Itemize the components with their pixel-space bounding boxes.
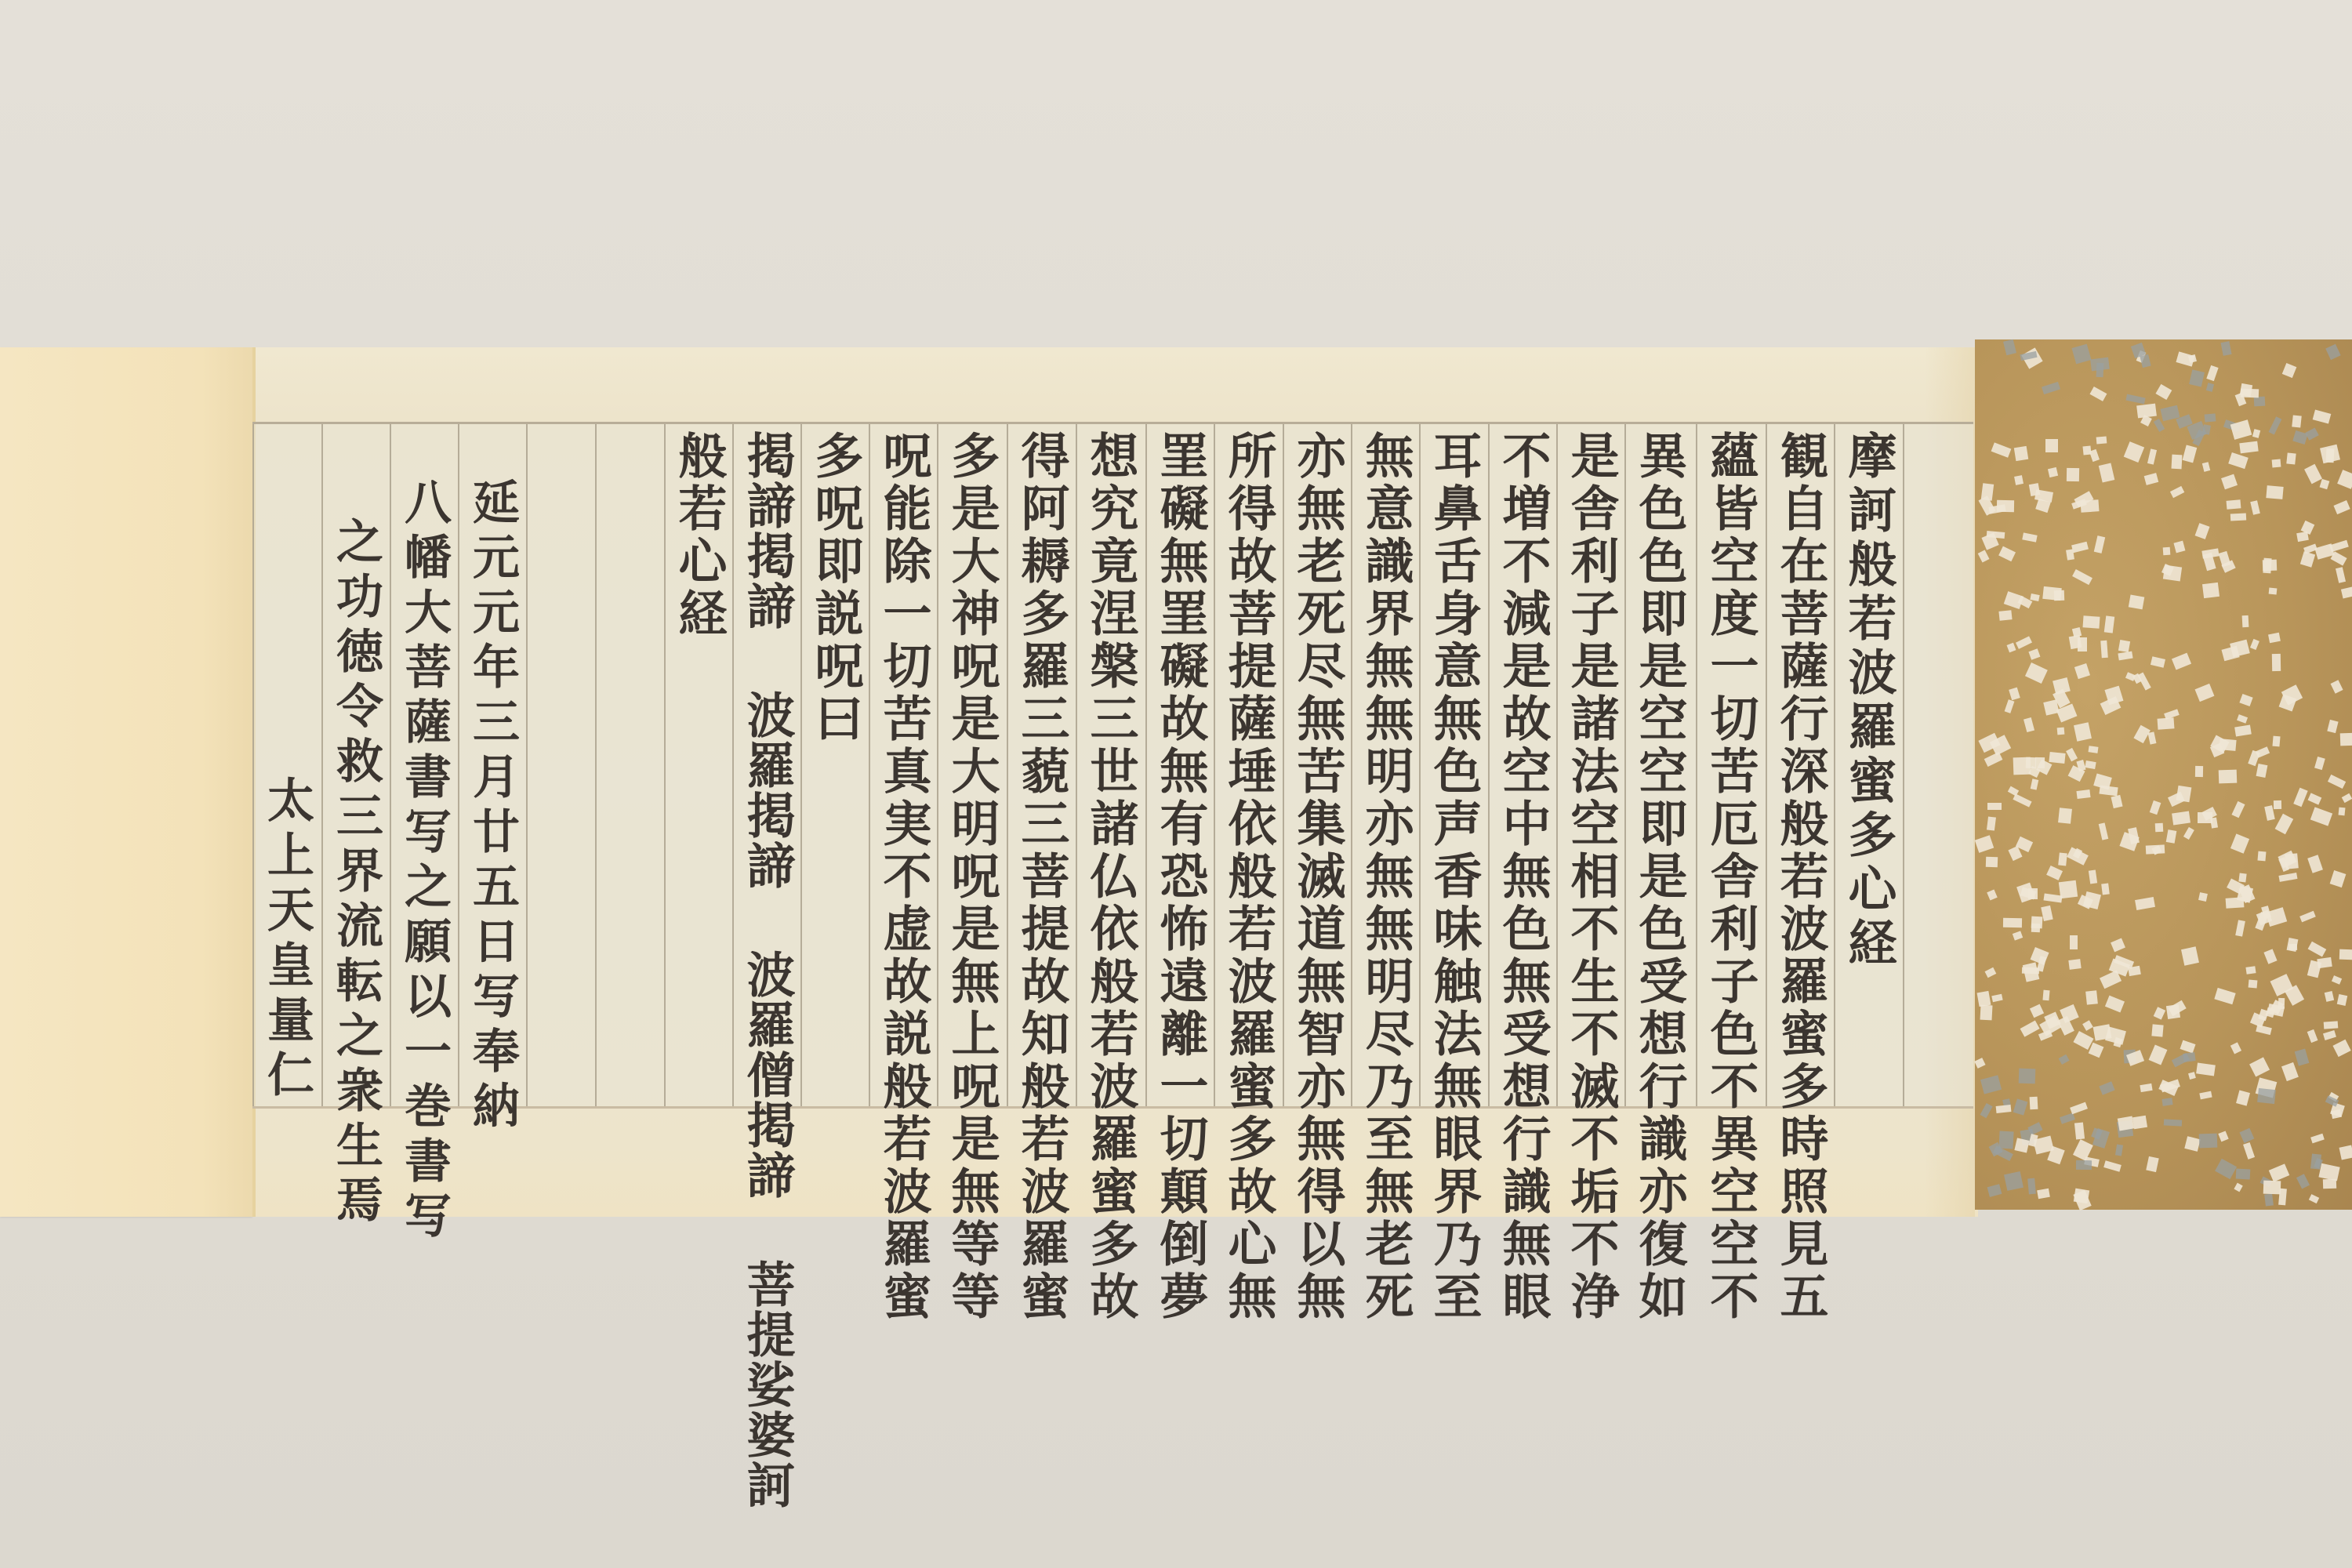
leaf-fleck [2071,542,2089,553]
leaf-fleck [2140,354,2151,368]
leaf-fleck [2028,1178,2037,1193]
colophon-text: 之功徳令救三界流転之衆生焉 [321,517,390,1105]
leaf-fleck [2245,966,2256,975]
leaf-fleck [2227,500,2241,510]
leaf-fleck [2022,532,2037,542]
leaf-fleck [2286,452,2296,464]
leaf-fleck [2240,388,2259,397]
leaf-fleck [2342,793,2352,803]
leaf-fleck [1999,610,2013,621]
leaf-fleck [2060,1113,2075,1125]
leaf-fleck [2274,800,2281,809]
leaf-fleck [2030,1004,2044,1018]
leaf-fleck [2257,851,2266,860]
leaf-fleck [2150,800,2161,815]
leaf-fleck [2206,365,2218,381]
leaf-fleck [2268,588,2277,595]
leaf-fleck [2328,720,2339,733]
leaf-fleck [2202,583,2220,598]
leaf-fleck [2013,446,2027,461]
sutra-text: 呪能除一切苦真実不虚故説般若波羅蜜 [869,430,938,1105]
leaf-fleck [2194,523,2209,539]
leaf-fleck [2048,467,2058,477]
leaf-fleck [2281,1062,2299,1082]
leaf-fleck [2132,1116,2147,1130]
leaf-fleck [2074,722,2092,742]
sutra-column-14: 呪能除一切苦真実不虚故説般若波羅蜜 [869,430,938,1105]
leaf-fleck [2028,649,2040,661]
leaf-fleck [2013,793,2032,807]
colophon-column-2: 八幡大菩薩書写之願以一巻書写 [390,430,459,1105]
leaf-fleck [2230,513,2245,521]
leaf-fleck [2292,415,2302,427]
leaf-fleck [2219,739,2236,751]
leaf-fleck [2014,475,2024,485]
sutra-column-5: 不増不減是故空中無色無受想行識無眼 [1488,430,1557,1105]
leaf-fleck [2118,640,2130,652]
sutra-text: 罣礙無罣礙故無有恐怖遠離一切顛倒夢 [1145,430,1214,1105]
leaf-fleck [2136,897,2155,910]
leaf-fleck [2162,547,2169,555]
leaf-fleck [2151,656,2165,667]
sutra-column-3: 異色色即是空空即是色受想行識亦復如 [1624,430,1693,1105]
leaf-fleck [2237,715,2248,724]
leaf-fleck [2310,1154,2321,1170]
leaf-fleck [2197,1063,2216,1076]
leaf-fleck [2070,935,2078,949]
sutra-column-16: 掲諦掲諦 波羅掲諦 波羅僧掲諦 菩提娑婆訶 [732,430,801,1105]
leaf-fleck [2296,1174,2310,1189]
leaf-fleck [2111,795,2122,808]
leaf-fleck [2089,449,2100,462]
leaf-fleck [2230,1043,2241,1054]
leaf-fleck [2340,585,2352,598]
colophon-column-3: 之功徳令救三界流転之衆生焉 [321,430,390,1105]
leaf-fleck [2256,1024,2272,1035]
leaf-fleck [2066,747,2078,761]
leaf-fleck [2140,1083,2153,1092]
leaf-fleck [1987,803,2002,810]
leaf-fleck [2304,464,2322,485]
leaf-fleck [2339,732,2352,746]
leaf-fleck [2004,1171,2024,1191]
leaf-fleck [2099,1081,2114,1095]
leaf-fleck [2269,1164,2289,1182]
leaf-fleck [1987,889,1997,900]
leaf-fleck [2307,960,2322,978]
leaf-fleck [2295,1048,2310,1065]
leaf-fleck [2310,1133,2325,1143]
ruled-text-area: 太上天皇量仁 之功徳令救三界流転之衆生焉 八幡大菩薩書写之願以一巻書写 延元元年… [252,422,1973,1109]
leaf-fleck [2324,1021,2338,1029]
leaf-fleck [2250,501,2260,515]
leaf-fleck [2042,990,2049,1000]
leaf-fleck [2243,1142,2254,1159]
leaf-fleck [2172,652,2191,670]
leaf-fleck [2339,1145,2352,1160]
sutra-column-13: 多是大神呪是大明呪是無上呪是無等等 [937,430,1006,1105]
leaf-fleck [2235,920,2245,938]
leaf-fleck [2105,996,2125,1012]
leaf-fleck [2059,1054,2069,1065]
sutra-column-2: 蘊皆空度一切苦厄舎利子色不異空空不 [1696,430,1765,1105]
leaf-fleck [2038,1029,2053,1040]
leaf-fleck [2234,1183,2243,1192]
leaf-fleck [2085,760,2096,768]
leaf-fleck [1991,994,2002,1003]
leaf-fleck [2074,663,2091,680]
leaf-fleck [2215,1159,2237,1180]
leaf-fleck [2074,1122,2085,1139]
leaf-fleck [2282,363,2297,378]
leaf-fleck [2198,892,2208,902]
leaf-fleck [2263,1180,2281,1194]
leaf-fleck [2325,344,2340,360]
sutra-text: 蘊皆空度一切苦厄舎利子色不異空空不 [1696,430,1765,1105]
leaf-fleck [2046,866,2063,880]
colophon-text: 延元元年三月廿五日写奉納 [458,477,527,1105]
leaf-fleck [2103,1160,2122,1172]
leaf-fleck [2013,1099,2027,1116]
leaf-fleck [2156,383,2172,399]
sutra-column-6: 耳鼻舌身意無色声香味触法無眼界乃至 [1419,430,1488,1105]
leaf-fleck [2331,551,2347,566]
leaf-fleck [2126,394,2146,405]
leaf-fleck [2058,853,2067,866]
leaf-fleck [2171,455,2182,469]
leaf-fleck [1984,752,2002,767]
leaf-fleck [2184,1136,2200,1151]
leaf-fleck [2111,938,2126,953]
colophon-column-1: 延元元年三月廿五日写奉納 [458,430,527,1105]
leaf-fleck [2221,474,2238,489]
sutra-text: 是舎利子是諸法空相不生不滅不垢不浄 [1556,430,1625,1105]
leaf-fleck [2148,1044,2167,1065]
leaf-fleck [2334,500,2350,514]
leaf-fleck [2320,479,2329,489]
leaf-fleck [2089,746,2099,754]
leaf-fleck [2009,687,2020,700]
leaf-fleck [2279,873,2298,882]
leaf-fleck [2099,822,2109,840]
gold-flecked-paper [1975,339,2352,1210]
leaf-fleck [2299,911,2316,923]
leaf-fleck [2071,343,2091,364]
sutra-column-7: 無意識界無無明亦無無明尽乃至無老死 [1351,430,1420,1105]
leaf-fleck [2151,1025,2163,1037]
sutra-column-1: 観自在菩薩行深般若波羅蜜多時照見五 [1766,430,1835,1105]
leaf-fleck [2154,1007,2165,1019]
leaf-fleck [2189,369,2205,387]
leaf-fleck [2187,354,2196,363]
leaf-fleck [2059,808,2073,825]
leaf-fleck [2257,1088,2276,1104]
leaf-fleck [2029,1097,2038,1110]
leaf-fleck [2228,452,2248,469]
leaf-fleck [2016,636,2032,649]
leaf-fleck [2077,789,2091,799]
leaf-fleck [2230,833,2249,853]
sutra-title-column: 摩訶般若波羅蜜多心経 [1834,430,1903,1105]
leaf-fleck [2218,1131,2228,1142]
leaf-fleck [2273,736,2281,747]
leaf-fleck [2202,549,2220,559]
leaf-fleck [2069,959,2082,970]
leaf-fleck [2037,1189,2050,1200]
leaf-fleck [2096,363,2104,378]
colophon-signature-column: 太上天皇量仁 [252,430,321,1105]
leaf-fleck [2237,886,2253,904]
leaf-fleck [2092,1024,2111,1040]
leaf-fleck [2147,448,2157,465]
leaf-fleck [2219,769,2237,783]
leaf-fleck [2070,1102,2088,1114]
leaf-fleck [2230,419,2252,440]
leaf-fleck [2049,752,2066,764]
leaf-fleck [1980,1075,2002,1094]
leaf-fleck [1987,817,1996,831]
leaf-fleck [2199,1091,2212,1099]
colophon-text: 八幡大菩薩書写之願以一巻書写 [390,477,459,1105]
leaf-fleck [1986,857,1998,868]
leaf-fleck [2198,812,2212,822]
sutra-text: 多呪即説呪曰 [800,430,869,1105]
leaf-fleck [2239,441,2258,453]
sutra-end-title: 般若心経 [664,430,733,1105]
sutra-title: 摩訶般若波羅蜜多心経 [1834,430,1903,1105]
leaf-fleck [1978,550,1990,562]
leaf-fleck [2100,641,2108,658]
leaf-fleck [2249,1057,2270,1076]
leaf-fleck [2146,1156,2159,1172]
leaf-fleck [2278,1189,2286,1206]
leaf-fleck [2236,1168,2250,1179]
leaf-fleck [2263,557,2271,572]
leaf-fleck [2183,1052,2195,1062]
leaf-fleck [1980,1103,1992,1118]
sutra-column-10: 罣礙無罣礙故無有恐怖遠離一切顛倒夢 [1145,430,1214,1105]
leaf-fleck [2239,694,2252,706]
leaf-fleck [2115,1145,2123,1156]
leaf-fleck [2236,1091,2250,1106]
sutra-text: 耳鼻舌身意無色声香味触法無眼界乃至 [1419,430,1488,1105]
leaf-fleck [2166,829,2177,844]
leaf-fleck [2146,844,2165,854]
leaf-fleck [2268,633,2281,644]
leaf-fleck [2195,766,2203,777]
leaf-fleck [2094,535,2105,554]
leaf-fleck [2104,615,2114,633]
sutra-text: 異色色即是空空即是色受想行識亦復如 [1624,430,1693,1105]
leaf-fleck [2332,975,2343,985]
leaf-fleck [2308,941,2326,956]
sutra-text: 所得故菩提薩埵依般若波羅蜜多故心無 [1214,430,1283,1105]
leaf-fleck [2155,823,2163,833]
leaf-fleck [2300,551,2316,568]
leaf-fleck [2234,724,2251,736]
leaf-fleck [2275,813,2293,833]
leaf-fleck [2266,907,2288,927]
leaf-fleck [2232,801,2245,818]
leaf-fleck [1984,967,1996,978]
leaf-fleck [2161,1098,2172,1106]
leaf-fleck [2333,1040,2351,1057]
colophon-signature: 太上天皇量仁 [254,775,320,1105]
leaf-fleck [2020,1020,2039,1036]
leaf-fleck [1981,483,1994,500]
sutra-column-9: 所得故菩提薩埵依般若波羅蜜多故心無 [1214,430,1283,1105]
leaf-fleck [2090,387,2107,401]
leaf-fleck [2308,793,2321,804]
leaf-fleck [2075,1160,2091,1170]
leaf-fleck [2214,988,2235,1004]
sutra-column-11: 想究竟涅槃三世諸仏依般若波羅蜜多故 [1076,430,1145,1105]
leaf-fleck [2099,786,2118,797]
sutra-column-8: 亦無老死尽無苦集滅道無智亦無得以無 [1283,430,1352,1105]
leaf-fleck [1998,1131,2013,1149]
leaf-fleck [2199,1134,2218,1149]
leaf-fleck [2339,949,2352,960]
leaf-fleck [2269,416,2282,434]
leaf-fleck [2323,1179,2336,1189]
leaf-fleck [2336,567,2346,583]
leaf-fleck [2003,339,2016,354]
left-mount-paper [0,347,252,1217]
leaf-fleck [2183,827,2194,840]
leaf-fleck [2013,931,2023,940]
leaf-fleck [2031,916,2042,929]
sutra-column-4: 是舎利子是諸法空相不生不滅不垢不浄 [1556,430,1625,1105]
leaf-fleck [2307,1029,2318,1043]
leaf-fleck [2003,918,2022,928]
leaf-fleck [2081,499,2100,513]
leaf-fleck [2096,436,2107,445]
leaf-fleck [2101,883,2110,895]
leaf-fleck [2057,728,2065,735]
leaf-fleck [2337,470,2352,489]
leaf-fleck [2066,549,2074,560]
leaf-fleck [2336,994,2347,1006]
leaf-fleck [2182,445,2197,463]
leaf-fleck [2045,439,2058,452]
leaf-fleck [2114,1037,2123,1047]
leaf-fleck [2314,757,2325,770]
leaf-fleck [1974,1058,1985,1069]
leaf-fleck [1975,835,1994,853]
leaf-fleck [2072,627,2082,637]
leaf-fleck [2285,853,2298,869]
sutra-text: 無意識界無無明亦無無明尽乃至無老死 [1351,430,1420,1105]
leaf-fleck [2325,448,2334,463]
leaf-fleck [2019,1068,2036,1083]
leaf-fleck [2118,1116,2135,1131]
leaf-fleck [2166,1004,2180,1020]
leaf-fleck [2309,1194,2319,1203]
leaf-fleck [2271,654,2280,671]
leaf-fleck [1991,442,2011,457]
leaf-fleck [2338,807,2345,815]
leaf-fleck [2329,540,2348,552]
leaf-fleck [2272,459,2281,468]
leaf-fleck [2331,1109,2342,1120]
leaf-fleck [2031,779,2039,789]
leaf-fleck [2172,811,2191,825]
leaf-fleck [2310,807,2332,826]
leaf-fleck [1980,1005,1993,1021]
leaf-fleck [2082,1020,2093,1031]
leaf-fleck [2238,873,2246,882]
leaf-fleck [2241,615,2249,627]
leaf-fleck [2083,615,2100,628]
sutra-column-17: 般若心経 [664,430,733,1105]
leaf-fleck [2206,383,2214,392]
rule-line [1903,424,1904,1106]
leaf-fleck [2330,681,2343,694]
leaf-fleck [2014,1138,2029,1152]
leaf-fleck [2025,662,2047,683]
leaf-fleck [2123,441,2143,463]
leaf-fleck [2099,463,2115,483]
leaf-fleck [2239,1127,2254,1143]
sutra-text: 不増不減是故空中無色無受想行識無眼 [1488,430,1557,1105]
leaf-fleck [2254,397,2266,407]
leaf-fleck [2072,569,2092,585]
leaf-fleck [2202,462,2211,472]
leaf-fleck [2324,991,2333,1002]
leaf-fleck [2118,652,2132,661]
leaf-fleck [2026,757,2036,769]
leaf-fleck [2028,888,2038,899]
sutra-text: 想究竟涅槃三世諸仏依般若波羅蜜多故 [1076,430,1145,1105]
leaf-fleck [2042,586,2061,600]
leaf-fleck [2278,998,2285,1009]
leaf-fleck [1995,1105,2010,1112]
leaf-fleck [2195,684,2215,702]
leaf-fleck [2230,640,2250,658]
leaf-fleck [2068,635,2082,649]
leaf-fleck [2266,485,2283,499]
leaf-fleck [2293,787,2308,806]
leaf-fleck [2042,382,2060,394]
leaf-fleck [2164,1120,2183,1127]
leaf-fleck [2088,870,2096,884]
sutra-mantra: 掲諦掲諦 波羅掲諦 波羅僧掲諦 菩提娑婆訶 [732,430,801,1105]
leaf-fleck [2264,949,2278,964]
leaf-fleck [2067,468,2079,481]
rule-line [595,424,597,1106]
leaf-fleck [2147,732,2156,745]
leaf-fleck [2067,847,2089,865]
leaf-fleck [2264,1194,2274,1207]
leaf-fleck [2181,947,2199,967]
leaf-fleck [2250,639,2259,650]
leaf-fleck [2313,410,2331,424]
sutra-text: 多是大神呪是大明呪是無上呪是無等等 [937,430,1006,1105]
leaf-fleck [2174,541,2186,554]
leaf-fleck [1998,546,2016,561]
leaf-fleck [2205,413,2216,422]
leaf-fleck [2220,341,2231,356]
leaf-fleck [2256,764,2268,778]
leaf-fleck [2144,473,2158,485]
sutra-text: 得阿耨多羅三藐三菩提故知般若波羅蜜 [1007,430,1076,1105]
sutra-text: 観自在菩薩行深般若波羅蜜多時照見五 [1766,430,1835,1105]
leaf-fleck [2042,906,2053,921]
leaf-fleck [2249,980,2258,989]
leaf-fleck [2176,785,2191,801]
leaf-fleck [2024,717,2034,732]
leaf-fleck [2007,643,2016,653]
